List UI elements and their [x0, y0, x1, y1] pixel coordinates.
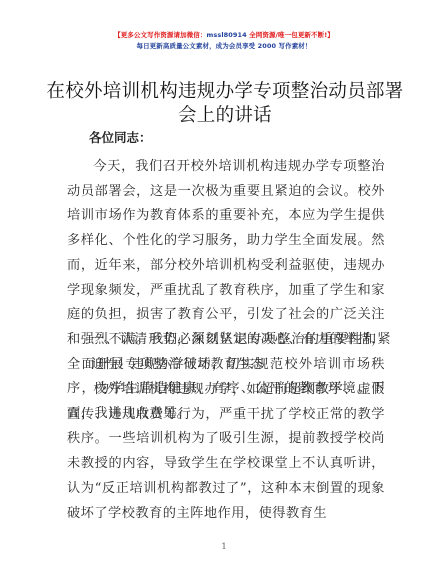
promo-line-1-suffix: 全网资源/唯一包更新不断!】: [247, 31, 334, 39]
subsection-heading-1: （一）违规办学破坏教育生态: [67, 353, 391, 378]
promo-line-1-prefix: 【更多公文写作资源请加微信：: [114, 31, 206, 39]
page-number: 1: [0, 542, 448, 551]
promo-banner: 【更多公文写作资源请加微信：mssl80914 全网资源/唯一包更新不断!】 每…: [0, 30, 448, 52]
promo-line-1: 【更多公文写作资源请加微信：mssl80914 全网资源/唯一包更新不断!】: [0, 30, 448, 41]
document-title: 在校外培训机构违规办学专项整治动员部署会上的讲话: [40, 80, 410, 128]
salutation: 各位同志：: [89, 130, 152, 146]
paragraph-section-1: 校外培训机构违规办学，如超前超纲教学、虚假宣传、违规收费等行为，严重干扰了学校正…: [67, 378, 385, 526]
promo-line-2: 每日更新高质量公文素材，成为会员享受 2000 写作素材！: [0, 41, 448, 52]
promo-wechat-id: mssl80914: [207, 31, 247, 39]
